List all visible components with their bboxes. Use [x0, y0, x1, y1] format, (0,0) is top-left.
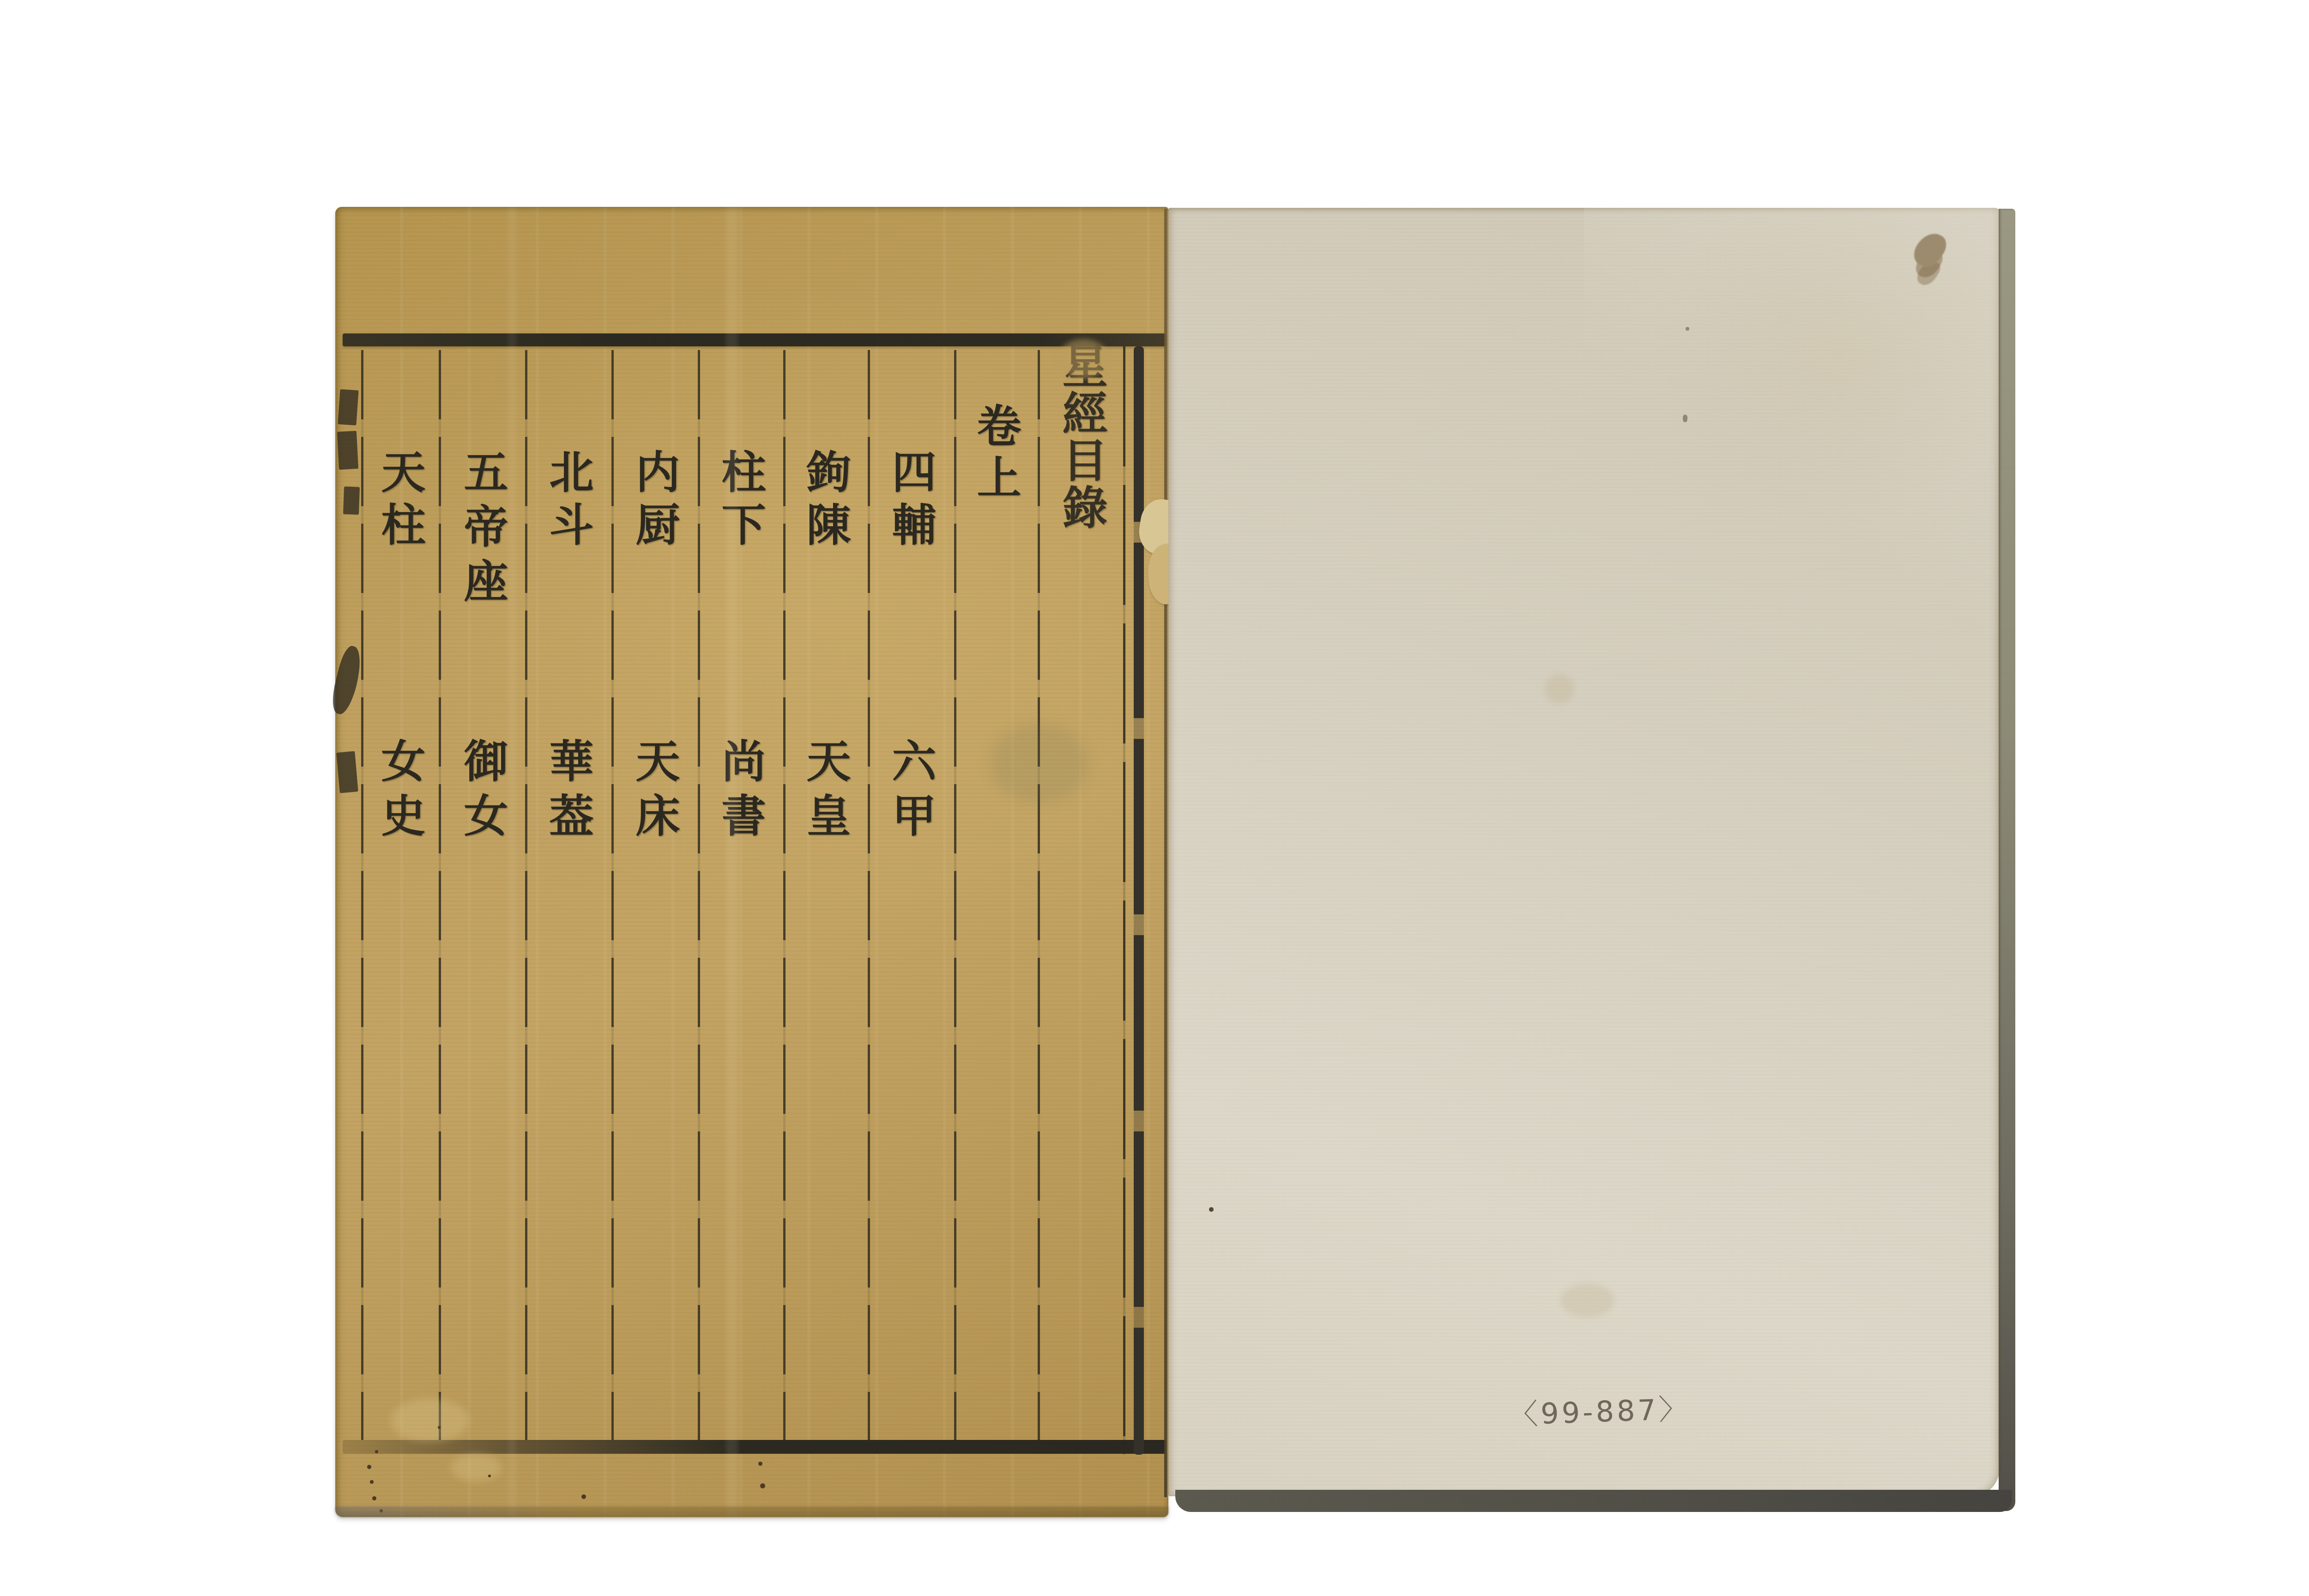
column-rule: [525, 350, 527, 1440]
column-rule: [361, 350, 363, 1440]
toc-entry-upper-6: 五帝座: [460, 449, 505, 612]
spine-fragment: [336, 751, 358, 793]
paper-crease: [726, 207, 738, 1517]
foxing-dot: [760, 1483, 765, 1488]
toc-entry-upper-1: 四輔: [889, 449, 933, 554]
paper-texture: [335, 207, 1168, 1517]
shelfmark-annotation: 〈99-887〉: [1509, 1384, 1732, 1433]
paper-scuff: [451, 1454, 502, 1481]
frame-bottom-border: [343, 1440, 1166, 1454]
photo-canvas: 星經目錄 卷上 四輔 六甲 鉤陳 天皇 柱下 尚書 内厨 天床 北斗 華葢 五帝…: [0, 0, 2309, 1596]
foxing-dot: [370, 1480, 374, 1484]
frame-top-border: [343, 333, 1166, 346]
toc-entry-lower-6: 御女: [460, 738, 505, 847]
toc-entry-lower-3: 尚書: [718, 738, 762, 847]
column-rule: [868, 350, 870, 1440]
toc-entry-lower-2: 天皇: [803, 738, 847, 847]
column-rule: [783, 350, 786, 1440]
column-rule: [1038, 350, 1040, 1440]
foxing-dot: [372, 1496, 376, 1500]
toc-entry-lower-7: 女史: [378, 738, 422, 847]
paper-stain: [1538, 208, 2000, 623]
column-rule: [611, 350, 614, 1440]
ink-wear-patch: [1058, 339, 1108, 379]
column-rule: [954, 350, 956, 1440]
left-page-bottom-edge: [335, 1506, 1168, 1517]
foxing-dot: [581, 1494, 586, 1499]
speck: [1686, 327, 1689, 331]
toc-entry-upper-2: 鉤陳: [803, 449, 847, 554]
foxing-dot: [438, 1426, 441, 1429]
spine-fragment: [338, 389, 358, 426]
paper-scuff: [391, 1398, 469, 1442]
paper-stain: [991, 724, 1088, 803]
page-bottom-shadow: [1175, 1490, 2012, 1512]
volume-label: 卷上: [973, 403, 1018, 506]
toc-entry-lower-4: 天床: [632, 738, 677, 847]
foxing-dot: [488, 1475, 491, 1477]
toc-entry-lower-5: 華葢: [546, 738, 590, 847]
fold-rule-thin: [1123, 346, 1125, 1455]
stitch-hole: [1209, 1207, 1214, 1212]
gutter-fold-line: [1164, 209, 1167, 1497]
paper-stain: [1545, 674, 1574, 704]
toc-entry-upper-5: 北斗: [546, 449, 590, 554]
column-rule: [698, 350, 700, 1440]
toc-entry-lower-1: 六甲: [889, 738, 933, 847]
toc-entry-upper-4: 内厨: [632, 449, 677, 554]
toc-entry-upper-3: 柱下: [718, 449, 762, 554]
foxing-dot: [758, 1462, 762, 1466]
spine-fragment: [337, 431, 358, 470]
speck: [1683, 415, 1687, 422]
column-rule: [439, 350, 441, 1440]
paper-stain: [1561, 1284, 1614, 1317]
foxing-dot: [375, 1450, 378, 1453]
foxing-dot: [367, 1465, 371, 1469]
right-page: 〈99-887〉: [1168, 208, 2000, 1496]
toc-entry-upper-7: 天柱: [378, 449, 422, 554]
page-stack-edge: [1999, 209, 2015, 1511]
left-page: 星經目錄 卷上 四輔 六甲 鉤陳 天皇 柱下 尚書 内厨 天床 北斗 華葢 五帝…: [335, 207, 1168, 1517]
paper-crease: [508, 207, 516, 1517]
spine-fragment: [343, 486, 360, 514]
